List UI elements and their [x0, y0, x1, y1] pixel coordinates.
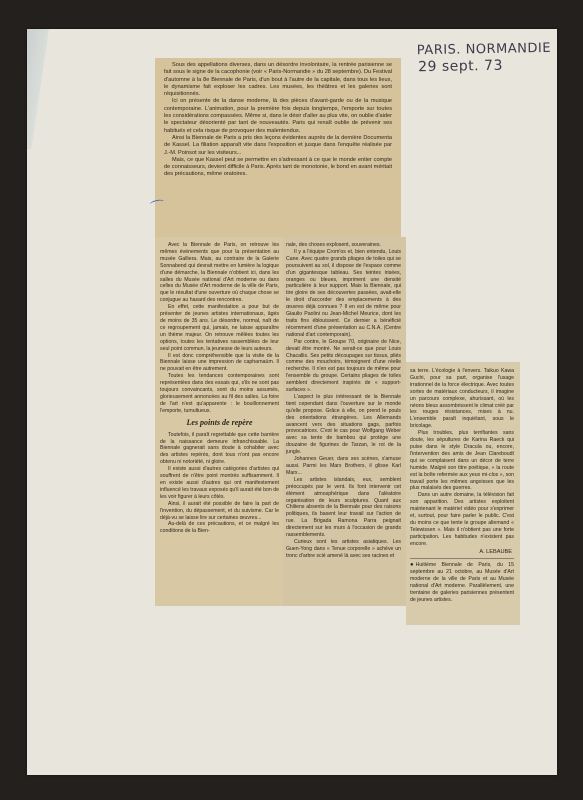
column-paragraph: Toutefois, il paraît regrettable que cet… [160, 432, 279, 467]
handwritten-annotation: PARIS. NORMANDIE 29 sept. 73 [417, 40, 558, 76]
column-paragraph: Les artistes islandais, eux, semblent pr… [286, 477, 401, 539]
clipping-column-right: sa terre. L'écologie à l'envers. Taikuo … [406, 362, 520, 625]
column-paragraph: Il existe aussi d'autres catégories d'ar… [160, 466, 279, 501]
intro-paragraph: Sous des appellations diverses, dans un … [164, 62, 392, 98]
column-paragraph: L'aspect le plus intéressant de la Bienn… [286, 394, 401, 456]
column-paragraph: nale, des choses explosent, souveraines. [286, 242, 401, 249]
column-paragraph: Toutes les tendances contemporaines sont… [160, 373, 279, 414]
footnote: ●Huitième Biennale de Paris, du 15 septe… [410, 558, 514, 603]
column-paragraph: Johannes Geuer, dans ses scènes, s'amuse… [286, 456, 401, 477]
bullet-icon: ● [410, 562, 414, 569]
sheet-fold-shadow [27, 29, 49, 149]
author-signature: A. LEBAUBE [410, 549, 512, 556]
column-paragraph: Il est donc compréhensible que la visite… [160, 353, 279, 374]
clipping-intro: Sous des appellations diverses, dans un … [155, 58, 401, 237]
column-paragraph: Plus troubles, plus terrifiantes sans do… [410, 430, 514, 492]
intro-paragraph: Ainsi la Biennale de Paris a pris des le… [164, 135, 392, 157]
annotation-date: 29 sept. 73 [417, 57, 557, 76]
column-paragraph: Par contre, le Groupe 70, originaire de … [286, 339, 401, 394]
column-paragraph: Ainsi, il aurait été possible de faire l… [160, 501, 279, 522]
subheading: Les points de repère [160, 417, 279, 429]
column-paragraph: Dans un autre domaine, la télévision fai… [410, 492, 514, 547]
column-paragraph: Avec la Biennale de Paris, on retrouve l… [160, 242, 279, 304]
annotation-source: PARIS. NORMANDIE [417, 40, 557, 59]
intro-paragraph: Ici on présente de la danse moderne, là … [164, 98, 392, 134]
column-paragraph: Il y a l'équipe Crom'os et, bien entendu… [286, 249, 401, 339]
footnote-text: Huitième Biennale de Paris, du 15 septem… [410, 562, 514, 603]
intro-paragraph: Mais, ce que Kassel peut se permettre en… [164, 157, 392, 179]
column-paragraph: Curieux sont les artistes asiatiques. Le… [286, 539, 401, 560]
column-paragraph: Au-delà de ces précautions, et ce malgré… [160, 521, 279, 535]
clipping-column-left: Avec la Biennale de Paris, on retrouve l… [155, 237, 283, 606]
column-paragraph: sa terre. L'écologie à l'envers. Taikuo … [410, 368, 514, 430]
clipping-column-middle: nale, des choses explosent, souveraines.… [283, 237, 406, 606]
column-paragraph: En effet, cette manifestation a pour but… [160, 304, 279, 352]
